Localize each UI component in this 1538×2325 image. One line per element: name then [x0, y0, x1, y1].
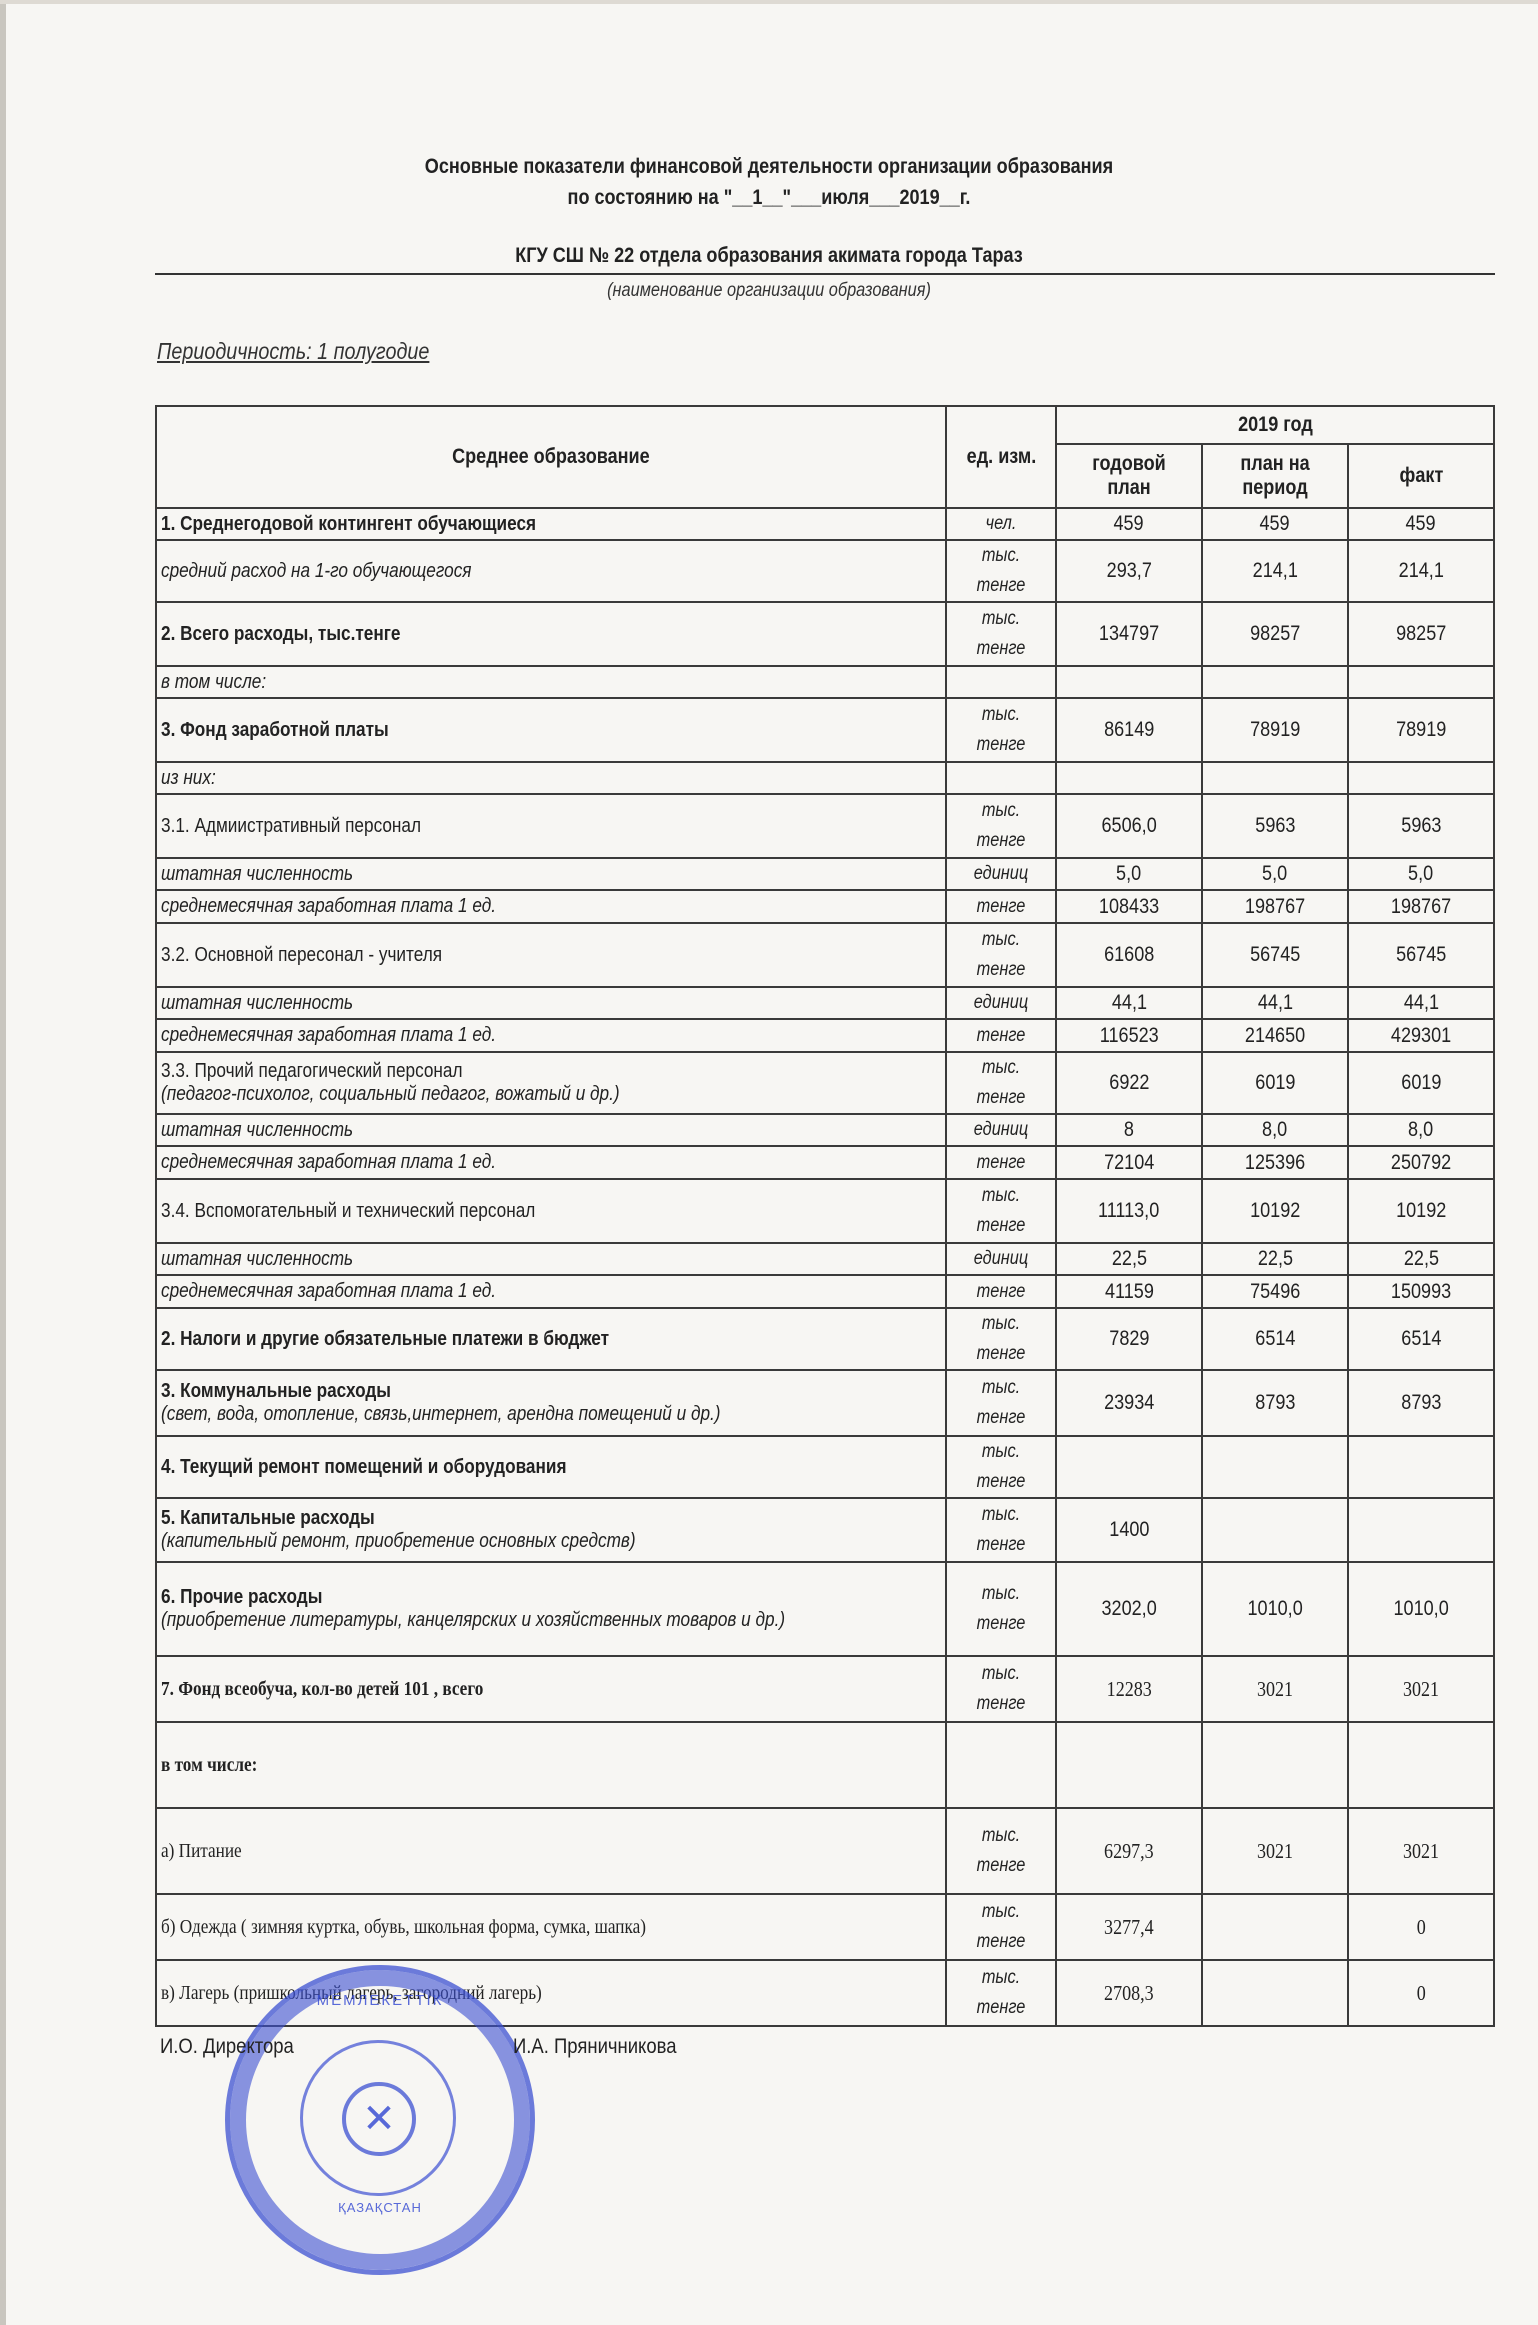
- row-label-text: б) Одежда ( зимняя куртка, обувь, школьн…: [161, 1916, 646, 1939]
- table-row: 3.2. Основной пересонал - учителятыс. те…: [156, 923, 1494, 987]
- table-row: 1. Среднегодовой контингент обучающиесяч…: [156, 508, 1494, 540]
- row-label: 2. Всего расходы, тыс.тенге: [156, 602, 946, 666]
- row-label-text: 3.3. Прочий педагогический персонал: [161, 1060, 463, 1083]
- fact-value: 250792: [1348, 1146, 1494, 1179]
- annual-value: 11113,0: [1056, 1179, 1202, 1243]
- organization-caption: (наименование организации образования): [108, 280, 1431, 302]
- emblem-icon: ✕: [342, 2082, 416, 2156]
- table-row: 5. Капитальные расходы(капительный ремон…: [156, 1498, 1494, 1562]
- fact-value: 78919: [1348, 698, 1494, 762]
- table-row: штатная численностьединиц88,08,0: [156, 1114, 1494, 1146]
- row-label: средний расход на 1-го обучающегося: [156, 540, 946, 602]
- financial-indicators-table: Среднее образование ед. изм. 2019 год го…: [155, 405, 1495, 2027]
- signatory-name: И.А. Пряничникова: [513, 2035, 677, 2059]
- signatory-position: И.О. Директора: [160, 2035, 294, 2059]
- row-label: в том числе:: [156, 1722, 946, 1808]
- period-value: 56745: [1202, 923, 1348, 987]
- table-row: из них:: [156, 762, 1494, 794]
- fact-value: 10192: [1348, 1179, 1494, 1243]
- unit-cell: тенге: [946, 890, 1056, 923]
- table-row: штатная численностьединиц44,144,144,1: [156, 987, 1494, 1019]
- fact-value: 5963: [1348, 794, 1494, 858]
- unit-cell: [946, 762, 1056, 794]
- unit-cell: тыс. тенге: [946, 1808, 1056, 1894]
- row-label: из них:: [156, 762, 946, 794]
- fact-value: 8,0: [1348, 1114, 1494, 1146]
- table-row: 3. Коммунальные расходы(свет, вода, отоп…: [156, 1370, 1494, 1436]
- unit-cell: единиц: [946, 1243, 1056, 1275]
- fact-value: 3021: [1348, 1656, 1494, 1722]
- row-label-text: среднемесячная заработная плата 1 ед.: [161, 1024, 496, 1047]
- period-value: 10192: [1202, 1179, 1348, 1243]
- annual-value: 3277,4: [1056, 1894, 1202, 1960]
- period-value: 125396: [1202, 1146, 1348, 1179]
- annual-value: 8: [1056, 1114, 1202, 1146]
- fact-value: 1010,0: [1348, 1562, 1494, 1656]
- unit-cell: тыс. тенге: [946, 1498, 1056, 1562]
- row-label-text: в том числе:: [161, 1754, 257, 1777]
- fact-value: 0: [1348, 1894, 1494, 1960]
- unit-cell: единиц: [946, 1114, 1056, 1146]
- annual-value: 459: [1056, 508, 1202, 540]
- annual-value: 7829: [1056, 1308, 1202, 1370]
- annual-value: 86149: [1056, 698, 1202, 762]
- fact-value: 44,1: [1348, 987, 1494, 1019]
- unit-cell: единиц: [946, 858, 1056, 890]
- row-label: б) Одежда ( зимняя куртка, обувь, школьн…: [156, 1894, 946, 1960]
- fact-value: 8793: [1348, 1370, 1494, 1436]
- period-value: 98257: [1202, 602, 1348, 666]
- table-row: среднемесячная заработная плата 1 ед.тен…: [156, 890, 1494, 923]
- unit-cell: тенге: [946, 1019, 1056, 1052]
- fact-value: [1348, 1722, 1494, 1808]
- period-value: [1202, 1498, 1348, 1562]
- unit-cell: тенге: [946, 1275, 1056, 1308]
- header-year: 2019 год: [1056, 406, 1494, 444]
- row-label-text: 3. Фонд заработной платы: [161, 719, 389, 742]
- row-label: 3.2. Основной пересонал - учителя: [156, 923, 946, 987]
- table-row: среднемесячная заработная плата 1 ед.тен…: [156, 1275, 1494, 1308]
- row-label-text: 7. Фонд всеобуча, кол-во детей 101 , все…: [161, 1678, 483, 1701]
- header-period-plan: план на период: [1202, 444, 1348, 508]
- row-label-text: штатная численность: [161, 1248, 353, 1271]
- fact-value: 459: [1348, 508, 1494, 540]
- table-row: 7. Фонд всеобуча, кол-во детей 101 , все…: [156, 1656, 1494, 1722]
- fact-value: [1348, 762, 1494, 794]
- period-value: 1010,0: [1202, 1562, 1348, 1656]
- fact-value: [1348, 666, 1494, 698]
- organization-underline: [155, 273, 1495, 275]
- row-label: 1. Среднегодовой контингент обучающиеся: [156, 508, 946, 540]
- row-label: штатная численность: [156, 1243, 946, 1275]
- header-unit: ед. изм.: [946, 406, 1056, 508]
- header-name: Среднее образование: [156, 406, 946, 508]
- table-row: а) Питаниетыс. тенге6297,330213021: [156, 1808, 1494, 1894]
- table-row: штатная численностьединиц22,522,522,5: [156, 1243, 1494, 1275]
- row-label: среднемесячная заработная плата 1 ед.: [156, 890, 946, 923]
- annual-value: 3202,0: [1056, 1562, 1202, 1656]
- row-sublabel: (педагог-психолог, социальный педагог, в…: [161, 1083, 620, 1106]
- period-value: 3021: [1202, 1656, 1348, 1722]
- row-label: 2. Налоги и другие обязательные платежи …: [156, 1308, 946, 1370]
- unit-cell: тыс. тенге: [946, 923, 1056, 987]
- row-label: среднемесячная заработная плата 1 ед.: [156, 1019, 946, 1052]
- period-value: 6514: [1202, 1308, 1348, 1370]
- unit-cell: тыс. тенге: [946, 794, 1056, 858]
- header-annual-plan: годовой план: [1056, 444, 1202, 508]
- period-value: 214650: [1202, 1019, 1348, 1052]
- fact-value: 6019: [1348, 1052, 1494, 1114]
- annual-value: 134797: [1056, 602, 1202, 666]
- row-label: среднемесячная заработная плата 1 ед.: [156, 1275, 946, 1308]
- row-label: 6. Прочие расходы(приобретение литератур…: [156, 1562, 946, 1656]
- row-label-text: 2. Всего расходы, тыс.тенге: [161, 623, 400, 646]
- table-row: в том числе:: [156, 666, 1494, 698]
- row-label-text: среднемесячная заработная плата 1 ед.: [161, 1151, 496, 1174]
- annual-value: 1400: [1056, 1498, 1202, 1562]
- row-sublabel: (капительный ремонт, приобретение основн…: [161, 1530, 636, 1553]
- unit-cell: тыс. тенге: [946, 1308, 1056, 1370]
- fact-value: 3021: [1348, 1808, 1494, 1894]
- unit-cell: тенге: [946, 1146, 1056, 1179]
- row-label: штатная численность: [156, 987, 946, 1019]
- table-row: б) Одежда ( зимняя куртка, обувь, школьн…: [156, 1894, 1494, 1960]
- annual-value: 72104: [1056, 1146, 1202, 1179]
- row-label-text: средний расход на 1-го обучающегося: [161, 560, 471, 583]
- row-label: 7. Фонд всеобуча, кол-во детей 101 , все…: [156, 1656, 946, 1722]
- period-value: [1202, 762, 1348, 794]
- stamp-text-bottom: ҚАЗАҚСТАН: [230, 2200, 530, 2215]
- unit-cell: тыс. тенге: [946, 540, 1056, 602]
- fact-value: 98257: [1348, 602, 1494, 666]
- table-row: 6. Прочие расходы(приобретение литератур…: [156, 1562, 1494, 1656]
- unit-cell: тыс. тенге: [946, 1656, 1056, 1722]
- annual-value: 6922: [1056, 1052, 1202, 1114]
- row-label-text: 2. Налоги и другие обязательные платежи …: [161, 1328, 609, 1351]
- period-value: 3021: [1202, 1808, 1348, 1894]
- fact-value: [1348, 1436, 1494, 1498]
- document-title: Основные показатели финансовой деятельно…: [108, 155, 1431, 179]
- table-row: в том числе:: [156, 1722, 1494, 1808]
- period-value: 44,1: [1202, 987, 1348, 1019]
- fact-value: 5,0: [1348, 858, 1494, 890]
- row-label: 5. Капитальные расходы(капительный ремон…: [156, 1498, 946, 1562]
- row-label: 3. Фонд заработной платы: [156, 698, 946, 762]
- scan-edge: [0, 0, 6, 2325]
- stamp-text: МЕМЛЕКЕТТІК: [230, 1992, 530, 2009]
- annual-value: 61608: [1056, 923, 1202, 987]
- row-label-text: 3.2. Основной пересонал - учителя: [161, 944, 442, 967]
- organization-name: КГУ СШ № 22 отдела образования акимата г…: [108, 244, 1431, 268]
- fact-value: 0: [1348, 1960, 1494, 2026]
- period-value: 6019: [1202, 1052, 1348, 1114]
- period-value: 8,0: [1202, 1114, 1348, 1146]
- unit-cell: тыс. тенге: [946, 1052, 1056, 1114]
- table-row: среднемесячная заработная плата 1 ед.тен…: [156, 1146, 1494, 1179]
- scan-edge-top: [0, 0, 1538, 4]
- unit-cell: тыс. тенге: [946, 1436, 1056, 1498]
- table-row: 3.3. Прочий педагогический персонал(педа…: [156, 1052, 1494, 1114]
- annual-value: 22,5: [1056, 1243, 1202, 1275]
- periodicity: Периодичность: 1 полугодие: [157, 338, 429, 365]
- annual-value: 293,7: [1056, 540, 1202, 602]
- row-label: 3.1. Адмиистративный персонал: [156, 794, 946, 858]
- unit-cell: тыс. тенге: [946, 1562, 1056, 1656]
- row-label-text: штатная численность: [161, 992, 353, 1015]
- period-value: 459: [1202, 508, 1348, 540]
- unit-cell: тыс. тенге: [946, 1960, 1056, 2026]
- row-sublabel: (свет, вода, отопление, связь,интернет, …: [161, 1403, 721, 1426]
- table-row: 3. Фонд заработной платытыс. тенге861497…: [156, 698, 1494, 762]
- row-label: 3. Коммунальные расходы(свет, вода, отоп…: [156, 1370, 946, 1436]
- row-label-text: штатная численность: [161, 1119, 353, 1142]
- period-value: [1202, 666, 1348, 698]
- annual-value: [1056, 762, 1202, 794]
- row-label-text: среднемесячная заработная плата 1 ед.: [161, 895, 496, 918]
- row-label-text: из них:: [161, 767, 216, 790]
- row-label-text: 5. Капитальные расходы: [161, 1507, 375, 1530]
- table-row: среднемесячная заработная плата 1 ед.тен…: [156, 1019, 1494, 1052]
- annual-value: [1056, 666, 1202, 698]
- row-label-text: 3.1. Адмиистративный персонал: [161, 815, 421, 838]
- row-label: среднемесячная заработная плата 1 ед.: [156, 1146, 946, 1179]
- annual-value: 6297,3: [1056, 1808, 1202, 1894]
- report-date: по состоянию на "__1__"___июля___2019__г…: [108, 186, 1431, 210]
- unit-cell: тыс. тенге: [946, 1894, 1056, 1960]
- table-row: средний расход на 1-го обучающегосятыс. …: [156, 540, 1494, 602]
- annual-value: [1056, 1722, 1202, 1808]
- official-stamp: МЕМЛЕКЕТТІК ✕ ҚАЗАҚСТАН: [225, 1965, 535, 2275]
- period-value: 5963: [1202, 794, 1348, 858]
- unit-cell: тыс. тенге: [946, 1370, 1056, 1436]
- period-value: 22,5: [1202, 1243, 1348, 1275]
- period-value: [1202, 1894, 1348, 1960]
- period-value: 8793: [1202, 1370, 1348, 1436]
- period-value: 198767: [1202, 890, 1348, 923]
- fact-value: 198767: [1348, 890, 1494, 923]
- annual-value: 2708,3: [1056, 1960, 1202, 2026]
- row-label-text: в том числе:: [161, 671, 266, 694]
- annual-value: 41159: [1056, 1275, 1202, 1308]
- fact-value: 56745: [1348, 923, 1494, 987]
- annual-value: 12283: [1056, 1656, 1202, 1722]
- row-label: а) Питание: [156, 1808, 946, 1894]
- period-value: 214,1: [1202, 540, 1348, 602]
- period-value: 78919: [1202, 698, 1348, 762]
- table-row: 4. Текущий ремонт помещений и оборудован…: [156, 1436, 1494, 1498]
- annual-value: 44,1: [1056, 987, 1202, 1019]
- row-label-text: 4. Текущий ремонт помещений и оборудован…: [161, 1456, 566, 1479]
- period-value: [1202, 1722, 1348, 1808]
- annual-value: 23934: [1056, 1370, 1202, 1436]
- annual-value: [1056, 1436, 1202, 1498]
- fact-value: 429301: [1348, 1019, 1494, 1052]
- fact-value: 214,1: [1348, 540, 1494, 602]
- row-label-text: 1. Среднегодовой контингент обучающиеся: [161, 513, 536, 536]
- table-row: 2. Налоги и другие обязательные платежи …: [156, 1308, 1494, 1370]
- annual-value: 6506,0: [1056, 794, 1202, 858]
- row-label-text: 6. Прочие расходы: [161, 1586, 322, 1609]
- row-sublabel: (приобретение литературы, канцелярских и…: [161, 1609, 785, 1632]
- row-label: в том числе:: [156, 666, 946, 698]
- period-value: [1202, 1960, 1348, 2026]
- fact-value: 6514: [1348, 1308, 1494, 1370]
- table-row: 2. Всего расходы, тыс.тенгетыс. тенге134…: [156, 602, 1494, 666]
- table-row: 3.4. Вспомогательный и технический персо…: [156, 1179, 1494, 1243]
- table-row: штатная численностьединиц5,05,05,0: [156, 858, 1494, 890]
- row-label: 3.3. Прочий педагогический персонал(педа…: [156, 1052, 946, 1114]
- annual-value: 116523: [1056, 1019, 1202, 1052]
- period-value: [1202, 1436, 1348, 1498]
- annual-value: 5,0: [1056, 858, 1202, 890]
- row-label-text: 3.4. Вспомогательный и технический персо…: [161, 1200, 535, 1223]
- unit-cell: [946, 666, 1056, 698]
- period-value: 75496: [1202, 1275, 1348, 1308]
- unit-cell: тыс. тенге: [946, 1179, 1056, 1243]
- fact-value: [1348, 1498, 1494, 1562]
- period-value: 5,0: [1202, 858, 1348, 890]
- row-label-text: а) Питание: [161, 1840, 242, 1863]
- table-row: 3.1. Адмиистративный персоналтыс. тенге6…: [156, 794, 1494, 858]
- annual-value: 108433: [1056, 890, 1202, 923]
- unit-cell: тыс. тенге: [946, 698, 1056, 762]
- fact-value: 22,5: [1348, 1243, 1494, 1275]
- unit-cell: тыс. тенге: [946, 602, 1056, 666]
- row-label: штатная численность: [156, 858, 946, 890]
- unit-cell: [946, 1722, 1056, 1808]
- header-fact: факт: [1348, 444, 1494, 508]
- unit-cell: единиц: [946, 987, 1056, 1019]
- row-label-text: штатная численность: [161, 863, 353, 886]
- unit-cell: чел.: [946, 508, 1056, 540]
- row-label: штатная численность: [156, 1114, 946, 1146]
- row-label-text: среднемесячная заработная плата 1 ед.: [161, 1280, 496, 1303]
- fact-value: 150993: [1348, 1275, 1494, 1308]
- row-label: 3.4. Вспомогательный и технический персо…: [156, 1179, 946, 1243]
- row-label: 4. Текущий ремонт помещений и оборудован…: [156, 1436, 946, 1498]
- row-label-text: 3. Коммунальные расходы: [161, 1380, 391, 1403]
